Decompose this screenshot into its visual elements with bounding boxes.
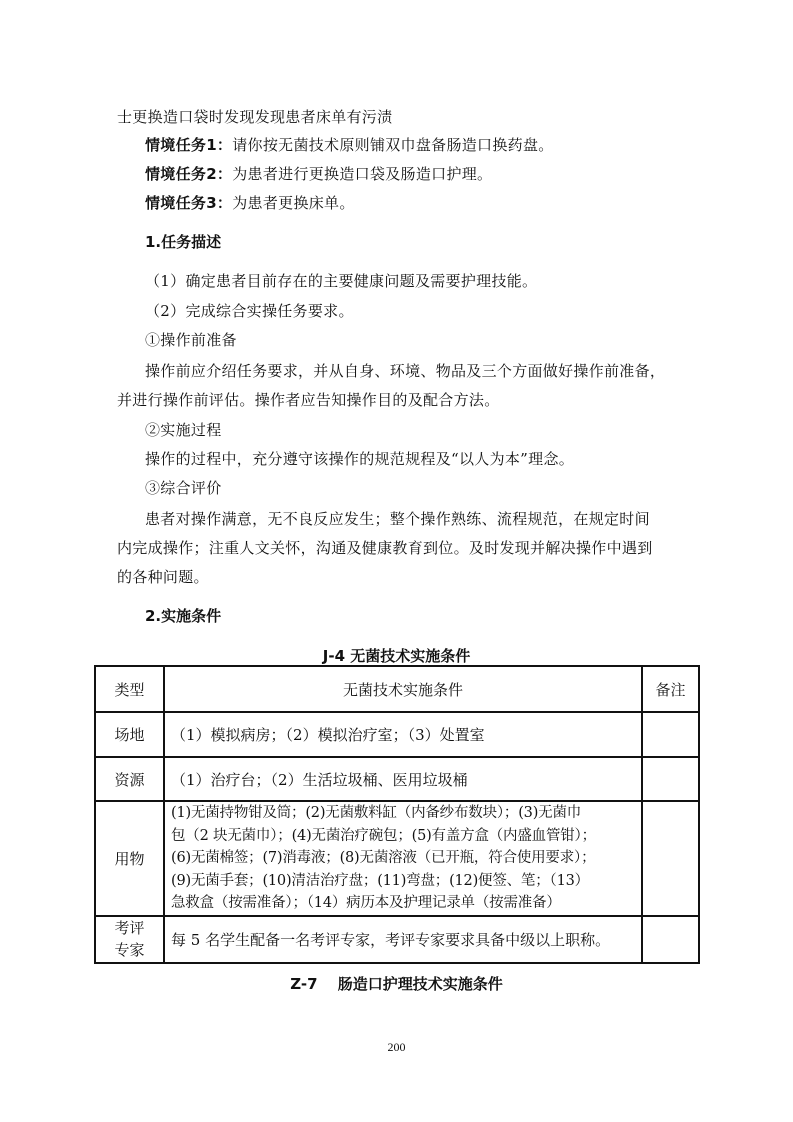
row-type: 场地 — [95, 712, 164, 757]
row-type: 考评 专家 — [95, 916, 164, 963]
task-1-label: 情境任务1： — [145, 136, 232, 154]
row-type: 用物 — [95, 801, 164, 916]
row-content: 每 5 名学生配备一名考评专家，考评专家要求具备中级以上职称。 — [164, 916, 642, 963]
sub-1-title: ①操作前准备 — [145, 330, 237, 350]
conditions-table: 类型 无菌技术实施条件 备注 场地 （1）模拟病房；（2）模拟治疗室；（3）处置… — [94, 665, 700, 964]
task-2: 情境任务2：为患者进行更换造口袋及肠造口护理。 — [145, 164, 492, 184]
row-type: 资源 — [95, 757, 164, 801]
row-note — [642, 712, 699, 757]
task-3-text: 为患者更换床单。 — [232, 194, 354, 212]
next-table-caption: Z-7 肠造口护理技术实施条件 — [0, 974, 793, 994]
content-line: (1)无菌持物钳及筒；(2)无菌敷料缸（内备纱布数块）；(3)无菌巾 — [171, 802, 635, 825]
intro-line: 士更换造口袋时发现发现患者床单有污渍 — [117, 107, 392, 127]
row-content: （1）治疗台；（2）生活垃圾桶、医用垃圾桶 — [164, 757, 642, 801]
section-1-item-2: （2）完成综合实操任务要求。 — [145, 301, 354, 321]
sub-3-text-line-1: 患者对操作满意，无不良反应发生；整个操作熟练、流程规范，在规定时间 — [145, 509, 650, 529]
section-2-heading: 2.实施条件 — [145, 606, 221, 626]
header-conditions: 无菌技术实施条件 — [164, 666, 642, 712]
sub-1-text-line-2: 并进行操作前评估。操作者应告知操作目的及配合方法。 — [117, 390, 500, 410]
row-note — [642, 916, 699, 963]
row-note — [642, 801, 699, 916]
section-1-item-1: （1）确定患者目前存在的主要健康问题及需要护理技能。 — [145, 271, 537, 291]
content-line: (9)无菌手套；(10)清洁治疗盘；(11)弯盘；(12)便签、笔；（13） — [171, 870, 635, 893]
content-line: 包（2 块无菌巾）；(4)无菌治疗碗包；(5)有盖方盒（内盛血管钳）； — [171, 825, 635, 848]
header-type: 类型 — [95, 666, 164, 712]
table-row: 考评 专家 每 5 名学生配备一名考评专家，考评专家要求具备中级以上职称。 — [95, 916, 699, 963]
sub-2-text: 操作的过程中，充分遵守该操作的规范规程及“以人为本”理念。 — [145, 449, 574, 469]
task-3-label: 情境任务3： — [145, 194, 232, 212]
content-line: 急救盒（按需准备）；（14）病历本及护理记录单（按需准备） — [171, 892, 635, 915]
row-type-line-1: 考评 — [102, 917, 157, 939]
row-content: （1）模拟病房；（2）模拟治疗室；（3）处置室 — [164, 712, 642, 757]
task-1-text: 请你按无菌技术原则铺双巾盘备肠造口换药盘。 — [232, 136, 553, 154]
table-header-row: 类型 无菌技术实施条件 备注 — [95, 666, 699, 712]
content-line: (6)无菌棉签；(7)消毒液；(8)无菌溶液（已开瓶，符合使用要求）； — [171, 847, 635, 870]
task-2-text: 为患者进行更换造口袋及肠造口护理。 — [232, 165, 492, 183]
task-1: 情境任务1：请你按无菌技术原则铺双巾盘备肠造口换药盘。 — [145, 135, 554, 155]
section-1-heading: 1.任务描述 — [145, 232, 221, 252]
header-note: 备注 — [642, 666, 699, 712]
page-number: 200 — [0, 1040, 793, 1055]
sub-3-text-line-3: 的各种问题。 — [117, 567, 209, 587]
sub-3-text-line-2: 内完成操作；注重人文关怀，沟通及健康教育到位。及时发现并解决操作中遇到 — [117, 538, 653, 558]
sub-2-title: ②实施过程 — [145, 420, 222, 440]
table-row: 用物 (1)无菌持物钳及筒；(2)无菌敷料缸（内备纱布数块）；(3)无菌巾 包（… — [95, 801, 699, 916]
row-note — [642, 757, 699, 801]
task-2-label: 情境任务2： — [145, 165, 232, 183]
row-content: (1)无菌持物钳及筒；(2)无菌敷料缸（内备纱布数块）；(3)无菌巾 包（2 块… — [164, 801, 642, 916]
table-caption: J-4 无菌技术实施条件 — [0, 646, 793, 666]
table-row: 资源 （1）治疗台；（2）生活垃圾桶、医用垃圾桶 — [95, 757, 699, 801]
task-3: 情境任务3：为患者更换床单。 — [145, 193, 355, 213]
sub-1-text-line-1: 操作前应介绍任务要求，并从自身、环境、物品及三个方面做好操作前准备， — [145, 361, 665, 381]
sub-3-title: ③综合评价 — [145, 478, 222, 498]
row-type-line-2: 专家 — [102, 939, 157, 961]
table-row: 场地 （1）模拟病房；（2）模拟治疗室；（3）处置室 — [95, 712, 699, 757]
